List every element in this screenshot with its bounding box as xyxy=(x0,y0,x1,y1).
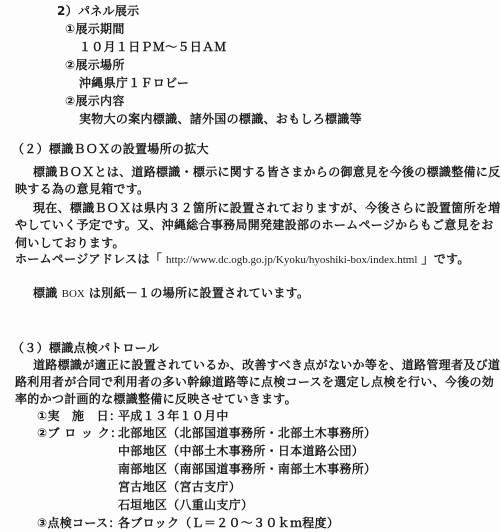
homepage-address-suffix: 」です。 xyxy=(421,252,469,266)
note-text-before: 標識 xyxy=(33,286,58,300)
scanned-document-page: 2）パネル展示 ①展示期間 １０月１日ＰＭ～５日ＡＭ ②展示場所 沖縄県庁１Ｆロ… xyxy=(0,0,501,532)
patrol-block-value-central: 中部地区（中部土木事務所・日本道路公団） xyxy=(118,445,364,458)
panel-exhibit-heading: 2）パネル展示 xyxy=(57,5,139,18)
exhibit-place-label: ②展示場所 xyxy=(65,59,125,72)
patrol-block-value-ishigaki: 石垣地区（八重山支庁） xyxy=(118,499,253,512)
homepage-address-prefix: ホームページアドレスは「 xyxy=(15,252,162,266)
sign-box-para1-line2: 映する為の意見箱です。 xyxy=(15,183,149,196)
sign-box-para2-line3: 伺いしております。 xyxy=(15,237,125,250)
sign-box-para2-line2: やしていく予定です。又、沖縄総合事務局開発建設部のホームページからもご意見をお xyxy=(15,219,494,232)
exhibit-content-label: ②展示内容 xyxy=(65,95,125,108)
homepage-address-line: ホームページアドレスは「http://www.dc.ogb.go.jp/Kyok… xyxy=(15,253,470,267)
sign-box-section-heading: （２）標識ＢＯＸの設置場所の拡大 xyxy=(12,143,209,156)
patrol-block-value-miyako: 宮古地区（宮古支庁） xyxy=(118,481,241,494)
patrol-para1-line3: 率的かつ計画的な標識整備に反映させていきます。 xyxy=(15,393,297,406)
patrol-para1-line1: 道路標識が適正に設置されているか、改善すべき点がないか等を、道路管理者及び道 xyxy=(33,359,500,372)
exhibit-period-value: １０月１日ＰＭ～５日ＡＭ xyxy=(79,41,227,54)
patrol-date-item: ①実 施 日： 平成１３年１０月中 xyxy=(37,410,121,423)
exhibit-content-value: 実物大の案内標識、諸外国の標識、おもしろ標識等 xyxy=(79,113,362,126)
patrol-course-item: ③点検コース： 各ブロック（Ｌ＝２０～３０ｋｍ程度） xyxy=(37,517,121,530)
sign-box-location-note: 標識BOXは別紙－１の場所に設置されています。 xyxy=(33,287,309,301)
patrol-section-heading: （３）標識点検パトロール xyxy=(12,342,159,355)
homepage-url: http://www.dc.ogb.go.jp/Kyoku/hyoshiki-b… xyxy=(166,254,417,266)
patrol-block-item: ②ブ ロ ッ ク： 北部地区（北部国道事務所・北部土木事務所） xyxy=(37,427,122,440)
exhibit-place-value: 沖縄県庁１Ｆロビー xyxy=(79,77,189,90)
note-text-after: は別紙－１の場所に設置されています。 xyxy=(89,286,309,300)
patrol-para1-line2: 路利用者が合同で利用者の多い幹線道路等に点検コースを選定し点検を行い、今後の効 xyxy=(15,376,494,389)
patrol-block-value-south: 南部地区（南部国道事務所・南部土木事務所） xyxy=(118,463,376,476)
sign-box-para2-line1: 現在、標識ＢＯＸは県内３２箇所に設置されておりますが、今後さらに設置箇所を増 xyxy=(33,202,500,215)
patrol-date-value: 平成１３年１０月中 xyxy=(118,410,229,423)
patrol-date-label: ①実 施 日： xyxy=(37,409,121,423)
sign-box-para1-line1: 標識ＢＯＸとは、道路標識・標示に関する皆さまからの御意見を今後の標識整備に反 xyxy=(33,166,500,179)
exhibit-period-label: ①展示期間 xyxy=(65,23,125,36)
note-box-latin: BOX xyxy=(62,288,85,300)
patrol-block-value-north: 北部地区（北部国道事務所・北部土木事務所） xyxy=(118,427,376,440)
patrol-course-value: 各ブロック（Ｌ＝２０～３０ｋｍ程度） xyxy=(118,517,339,530)
patrol-course-label: ③点検コース： xyxy=(37,516,121,530)
patrol-block-label: ②ブ ロ ッ ク： xyxy=(37,426,122,440)
